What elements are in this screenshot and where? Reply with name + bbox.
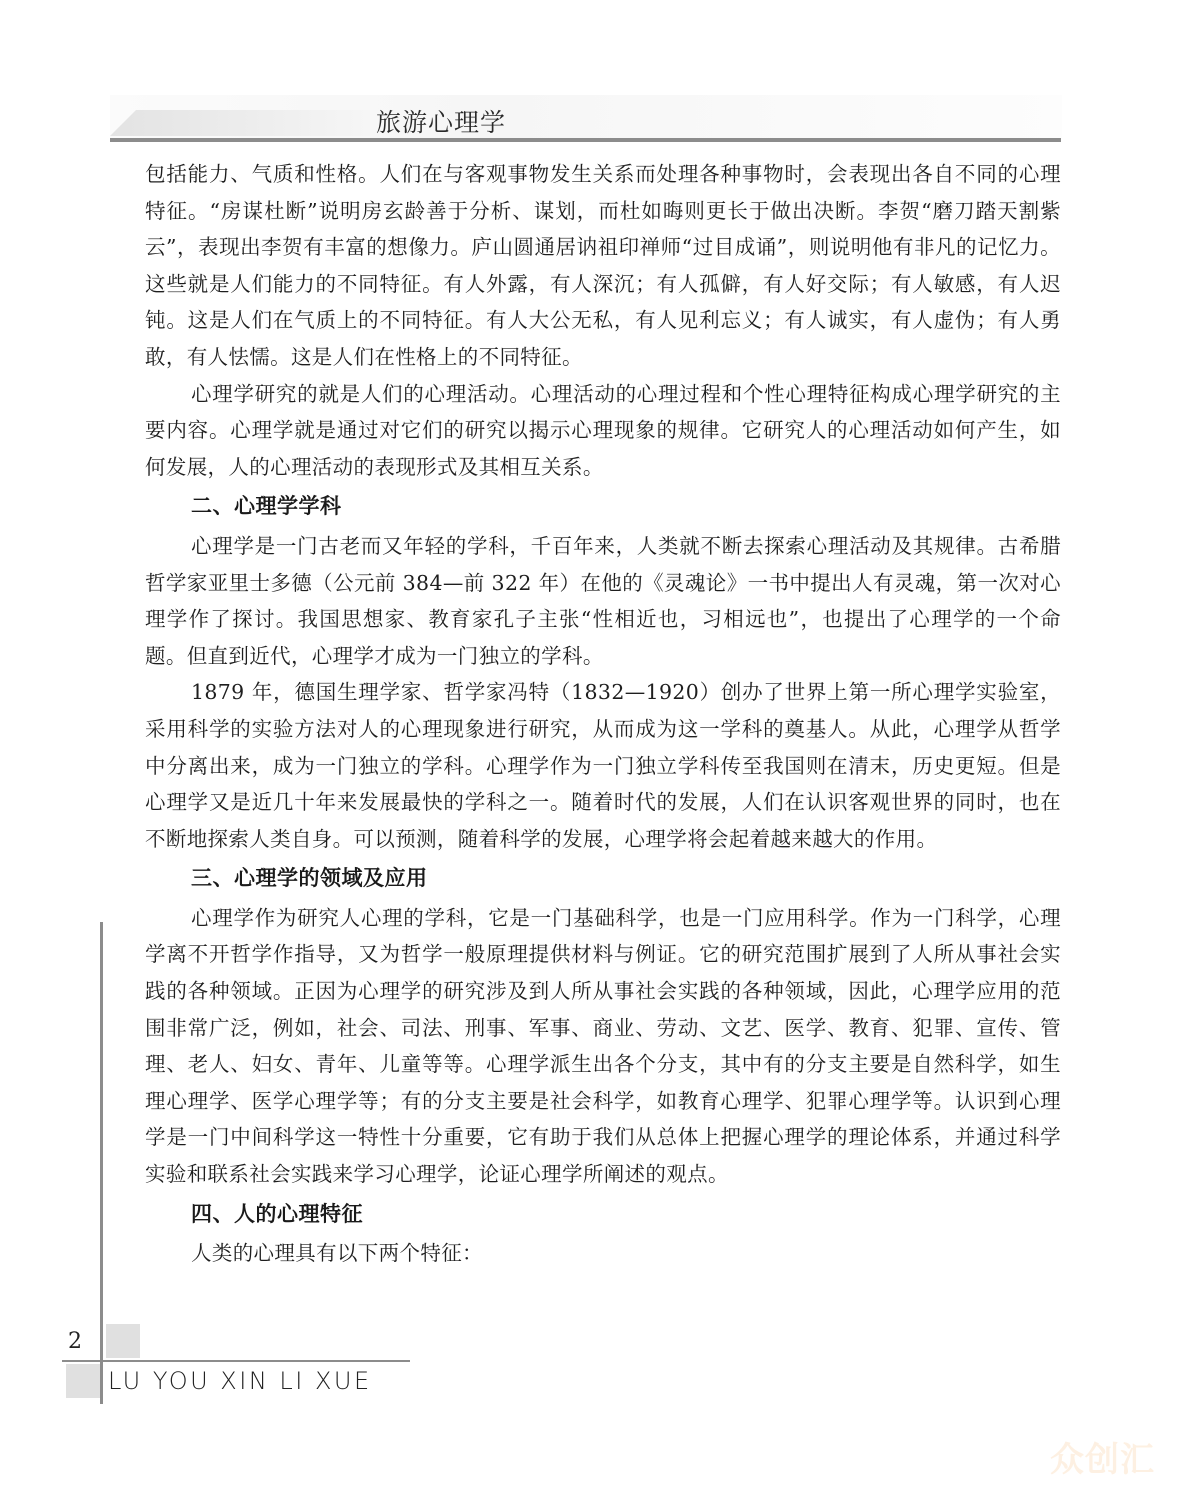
- page-body: 包括能力、气质和性格。人们在与客观事物发生关系而处理各种事物时，会表现出各自不同…: [145, 156, 1061, 1272]
- paragraph: 心理学是一门古老而又年轻的学科，千百年来，人类就不断去探索心理活动及其规律。古希…: [145, 528, 1061, 674]
- paragraph: 1879 年，德国生理学家、哲学家冯特（1832—1920）创办了世界上第一所心…: [145, 674, 1061, 857]
- footer-gray-square-decoration: [106, 1324, 140, 1358]
- header-rule: [110, 138, 1061, 142]
- watermark-logo: 众创汇: [1050, 1440, 1155, 1480]
- page-number: 2: [68, 1328, 82, 1356]
- paragraph-continued: 包括能力、气质和性格。人们在与客观事物发生关系而处理各种事物时，会表现出各自不同…: [145, 156, 1061, 376]
- section-heading-3: 三、心理学的领域及应用: [145, 860, 1061, 897]
- paragraph: 人类的心理具有以下两个特征：: [145, 1235, 1061, 1272]
- paragraph: 心理学作为研究人心理的学科，它是一门基础科学，也是一门应用科学。作为一门科学，心…: [145, 900, 1061, 1193]
- footer-gray-square-decoration: [66, 1364, 100, 1398]
- footer-book-title-pinyin: LU YOU XIN LI XUE: [108, 1364, 372, 1398]
- running-header-title: 旅游心理学: [376, 107, 506, 139]
- paragraph: 心理学研究的就是人们的心理活动。心理活动的心理过程和个性心理特征构成心理学研究的…: [145, 376, 1061, 486]
- running-header-slant-decoration: [110, 110, 370, 136]
- section-heading-2: 二、心理学学科: [145, 488, 1061, 525]
- margin-vertical-rule: [100, 922, 103, 1404]
- footer-rule: [62, 1360, 410, 1362]
- section-heading-4: 四、人的心理特征: [145, 1196, 1061, 1233]
